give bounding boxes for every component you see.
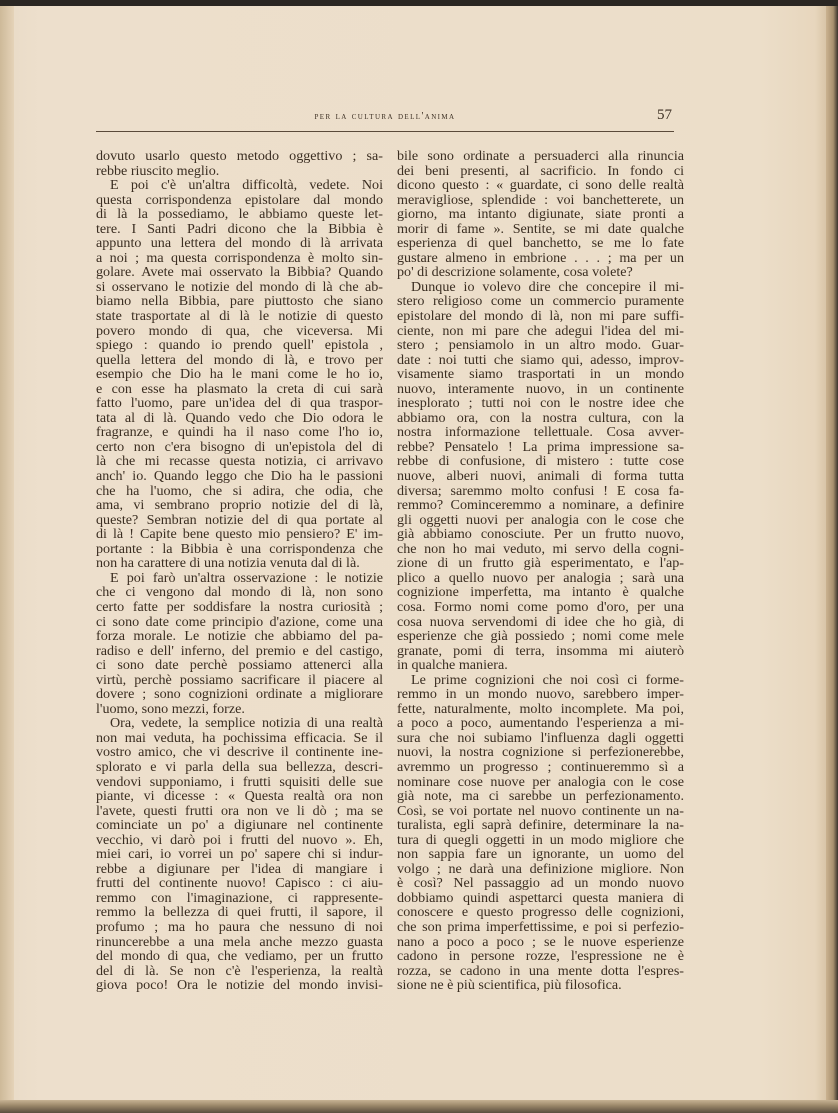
- text-line: rinuncerebbe a una mela anche mezzo guas…: [96, 935, 383, 950]
- text-line: vecchio, vi darò poi i frutti del nuovo …: [96, 833, 383, 848]
- page-number: 57: [657, 107, 672, 124]
- text-line: a poco a poco, aumentando l'esperienza a…: [397, 716, 684, 731]
- text-line: remmo in un mondo nuovo, sarebbero imper…: [397, 687, 684, 702]
- text-line: golare. Avete mai osservato la Bibbia? Q…: [96, 265, 383, 280]
- text-line: cominciate un po' a digiunare nel contin…: [96, 818, 383, 833]
- text-line: visamente siamo trasportati in un mondo: [397, 367, 684, 382]
- header-rule: [96, 131, 674, 132]
- text-line: piante, vi dicesse : « Questa realtà ora…: [96, 789, 383, 804]
- text-line: già note, ma ci sarebbe un perfezionamen…: [397, 789, 684, 804]
- text-line: anch' io. Quando leggo che Dio ha le pas…: [96, 469, 383, 484]
- text-line: giorno, ma intanto digiunate, siate pron…: [397, 207, 684, 222]
- text-line: l'uomo, sono mezzi, forze.: [96, 702, 383, 717]
- text-line: di là la possediamo, le abbiamo queste l…: [96, 207, 383, 222]
- text-line: che non ho mai veduto, mi servo della co…: [397, 542, 684, 557]
- text-line: sura che noi subiamo l'influenza dagli o…: [397, 731, 684, 746]
- text-line: miei cari, io vorrei un po' sapere chi s…: [96, 847, 383, 862]
- text-line: ama, vi sembrano proprio notizie del di …: [96, 498, 383, 513]
- text-line: cognizione imperfetta, ma intanto è qual…: [397, 585, 684, 600]
- text-line: conoscere e questo progresso delle cogni…: [397, 905, 684, 920]
- text-line: ci sono date perchè possiamo attenerci a…: [96, 658, 383, 673]
- page-gutter: [0, 6, 14, 1103]
- text-line: non mai veduta, ha pochissima efficacia.…: [96, 731, 383, 746]
- running-header: PER LA CULTURA DELL'ANIMA 57: [96, 108, 674, 128]
- text-line: morir di fame ». Sentite, se mi date qua…: [397, 222, 684, 237]
- text-line: inesplorato ; tutti noi con le nostre id…: [397, 396, 684, 411]
- text-line: fragranze, e quindi ha il naso come l'ho…: [96, 425, 383, 440]
- text-line: è così? Nel passaggio ad un mondo nuovo: [397, 876, 684, 891]
- text-line: rebbe? Pensatelo ! La prima impressione …: [397, 440, 684, 455]
- text-line: gustare almeno in embrione . . . ; ma pe…: [397, 251, 684, 266]
- text-line: bile sono ordinate a persuaderci alla ri…: [397, 149, 684, 164]
- text-line: tere. I Santi Padri dicono che la Bibbia…: [96, 222, 383, 237]
- text-line: Ora, vedete, la semplice notizia di una …: [96, 716, 383, 731]
- text-line: che son prima imperfettissime, e poi si …: [397, 920, 684, 935]
- text-line: del di là. Se non c'è l'esperienza, la r…: [96, 964, 383, 979]
- text-line: abbiamo ora, con la nostra cultura, con …: [397, 411, 684, 426]
- text-line: vendovi supponiamo, i frutti squisiti de…: [96, 775, 383, 790]
- text-line: rebbe riuscito meglio.: [96, 164, 383, 179]
- text-line: remmo? Cominceremmo a nominare, a defini…: [397, 498, 684, 513]
- page-edge-bottom: [0, 1100, 838, 1113]
- text-line: dovuto usarlo questo metodo oggettivo ; …: [96, 149, 383, 164]
- text-line: virtù, perchè possiamo sacrificare il pi…: [96, 673, 383, 688]
- text-line: cosa. Formo nomi come pomo d'oro, per un…: [397, 600, 684, 615]
- text-line: a noi ; ma questa corrispondenza è molto…: [96, 251, 383, 266]
- text-line: Dunque io volevo dire che concepire il m…: [397, 280, 684, 295]
- text-line: giova poco! Ora le notizie del mondo inv…: [96, 978, 383, 993]
- text-column-left: dovuto usarlo questo metodo oggettivo ; …: [96, 149, 383, 993]
- text-line: dovere ; sono cognizioni ordinate a migl…: [96, 687, 383, 702]
- text-line: avremmo un progresso ; continueremmo sì …: [397, 760, 684, 775]
- text-line: frutti del continente nuovo! Capisco : c…: [96, 876, 383, 891]
- text-line: volgo ; ne darà una definizione migliore…: [397, 862, 684, 877]
- text-line: l'avete, questi frutti ora non ve li dò …: [96, 804, 383, 819]
- text-line: cosa nuova servendomi di idee che ho già…: [397, 615, 684, 630]
- text-line: tata al di là. Quando vedo che Dio odora…: [96, 411, 383, 426]
- text-line: appunto una lettera del mondo di là arri…: [96, 236, 383, 251]
- text-line: remmo la bellezza di quei frutti, il sap…: [96, 905, 383, 920]
- text-line: che ha l'uomo, che si adira, che odia, c…: [96, 484, 383, 499]
- text-line: Le prime cognizioni che noi così ci form…: [397, 673, 684, 688]
- text-line: plico a quello nuovo per analogia ; sarà…: [397, 571, 684, 586]
- text-line: dobbiamo quindi aspettarci questa manier…: [397, 891, 684, 906]
- text-line: E poi farò un'altra osservazione : le no…: [96, 571, 383, 586]
- text-line: nominare cose nuove per analogia con le …: [397, 775, 684, 790]
- text-line: e con esse ha plasmato la creta di cui s…: [96, 382, 383, 397]
- text-line: esperienza di quel banchetto, se me lo f…: [397, 236, 684, 251]
- text-line: spiego : quando io prendo quell' epistol…: [96, 338, 383, 353]
- text-line: certo non c'era bisogno di un'epistola d…: [96, 440, 383, 455]
- text-line: rebbe di confusione, di mistero : tutte …: [397, 454, 684, 469]
- text-line: forza morale. Le notizie che abbiamo del…: [96, 629, 383, 644]
- text-line: là che mi recasse questa notizia, ci arr…: [96, 454, 383, 469]
- text-line: po' di descrizione solamente, cosa volet…: [397, 265, 684, 280]
- text-line: vostro amico, che vi descrive il contine…: [96, 745, 383, 760]
- text-column-right: bile sono ordinate a persuaderci alla ri…: [397, 149, 684, 993]
- text-line: portante : la Bibbia è una corrispondenz…: [96, 542, 383, 557]
- text-line: in qualche maniera.: [397, 658, 684, 673]
- text-line: biamo nella Bibbia, pare piuttosto che s…: [96, 294, 383, 309]
- text-line: fette, naturalmente, molto incomplete. M…: [397, 702, 684, 717]
- text-line: profumo ; ma ho paura che nessuno di noi: [96, 920, 383, 935]
- text-line: turalista, egli saprà definire, determin…: [397, 818, 684, 833]
- text-line: tura di quegli oggetti in un modo miglio…: [397, 833, 684, 848]
- text-line: rebbe a digiunare per l'idea di mangiare…: [96, 862, 383, 877]
- text-line: date : noi tutti che siamo qui, adesso, …: [397, 353, 684, 368]
- text-line: E poi c'è un'altra difficoltà, vedete. N…: [96, 178, 383, 193]
- text-line: gli oggetti nuovi per analogia con le co…: [397, 513, 684, 528]
- text-line: che ci vengono dal mondo di là, non sono: [96, 585, 383, 600]
- text-line: ci sono date come principio d'azione, co…: [96, 615, 383, 630]
- text-line: meravigliose, splendide : voi banchetter…: [397, 193, 684, 208]
- text-line: epistolare del mondo di là, non mi pare …: [397, 309, 684, 324]
- text-line: esempio che Dio ha le mani come le ho io…: [96, 367, 383, 382]
- text-line: dei beni presenti, al sacrificio. In fon…: [397, 164, 684, 179]
- text-line: stero religioso come un commercio purame…: [397, 294, 684, 309]
- page-edge-right: [826, 6, 838, 1113]
- text-line: si osservano le notizie del mondo di là …: [96, 280, 383, 295]
- text-line: certo fatte per soddisfare la nostra cur…: [96, 600, 383, 615]
- text-line: nuovi, la nostra cognizione si perfezion…: [397, 745, 684, 760]
- text-line: cadono in persone rozze, l'espressione n…: [397, 949, 684, 964]
- text-line: questa corrispondenza epistolare dal mon…: [96, 193, 383, 208]
- text-line: di là ! Capite bene questo mio pensiero?…: [96, 527, 383, 542]
- text-line: non ha carattere di una notizia venuta d…: [96, 556, 383, 571]
- text-line: già abbiamo conosciute. Per un frutto nu…: [397, 527, 684, 542]
- text-line: esperienze che già possiedo ; nomi come …: [397, 629, 684, 644]
- text-line: nano a poco a poco ; se le nuove esperie…: [397, 935, 684, 950]
- text-line: del mondo di qua, che vediamo, per un fr…: [96, 949, 383, 964]
- text-line: Così, se voi portate nel nuovo continent…: [397, 804, 684, 819]
- text-line: diversa; saremmo molto confusi ! E cosa …: [397, 484, 684, 499]
- text-line: radiso e dell' inferno, del premio e del…: [96, 644, 383, 659]
- text-line: state trasportate al di là le notizie di…: [96, 309, 383, 324]
- text-line: stero ; pensiamolo in un altro modo. Gua…: [397, 338, 684, 353]
- text-line: nuovo, interamente nuovo, in un continen…: [397, 382, 684, 397]
- text-line: queste? Sembran notizie del di qua porta…: [96, 513, 383, 528]
- text-line: non sappia fare un ignorante, un uomo de…: [397, 847, 684, 862]
- text-line: sione ne è più scientifica, più filosofi…: [397, 978, 684, 993]
- text-line: quella lettera del mondo di là, e trovo …: [96, 353, 383, 368]
- text-line: zione di un frutto già esperimentato, e …: [397, 556, 684, 571]
- text-line: povero mondo di qua, che viceversa. Mi: [96, 324, 383, 339]
- text-line: ciente, non mi pare che adegui l'idea de…: [397, 324, 684, 339]
- text-line: dicono questo : « guardate, ci sono dell…: [397, 178, 684, 193]
- text-line: splorato e vi parla della sua bellezza, …: [96, 760, 383, 775]
- text-line: nostra informazione tellettuale. Cosa av…: [397, 425, 684, 440]
- text-line: rozza, se cadono in una mente dotta l'es…: [397, 964, 684, 979]
- text-line: fatto l'uomo, pare un'idea del di qua tr…: [96, 396, 383, 411]
- text-line: remmo con l'imaginazione, ci rappresente…: [96, 891, 383, 906]
- text-line: granate, pomi di terra, insomma mi aiute…: [397, 644, 684, 659]
- running-title: PER LA CULTURA DELL'ANIMA: [96, 111, 674, 122]
- text-line: nuove, alberi nuovi, animali di forma tu…: [397, 469, 684, 484]
